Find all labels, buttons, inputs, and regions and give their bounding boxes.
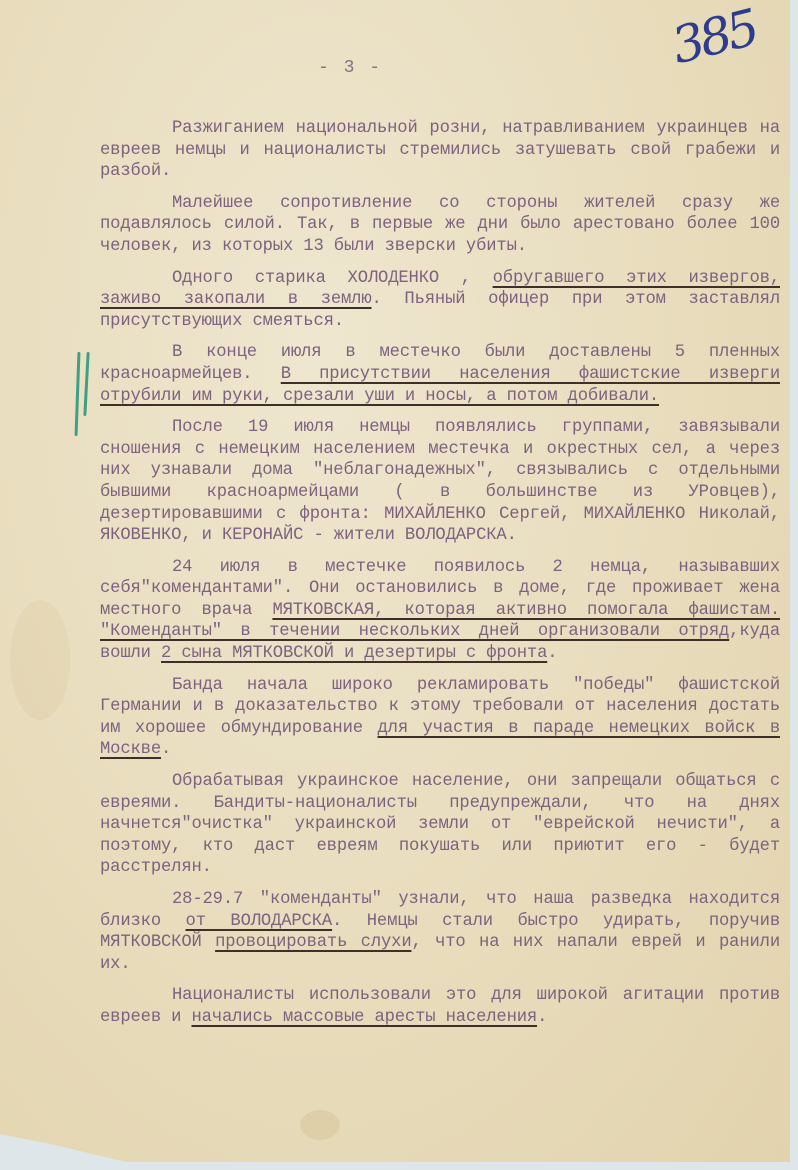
underlined-text: от ВОЛОДАРСКА (186, 912, 333, 931)
paragraph: Националисты использовали это для широко… (100, 985, 780, 1028)
text-segment: После 19 июля немцы появлялись группами,… (100, 418, 780, 545)
paragraph: В конце июля в местечко были доставлены … (100, 342, 780, 407)
margin-mark-icon (76, 352, 90, 436)
text-segment: . (161, 740, 171, 759)
paragraph: Банда начала широко рекламировать "побед… (100, 675, 780, 761)
text-segment: Одного старика ХОЛОДЕНКО , (172, 269, 493, 288)
document-page: 385 - 3 - Разжиганием национальной розни… (0, 0, 790, 1162)
document-body: Разжиганием национальной розни, натравли… (100, 118, 780, 1039)
text-segment: Малейшее сопротивление со стороны жителе… (100, 194, 780, 256)
text-segment: . (547, 644, 557, 663)
page-number: - 3 - (318, 58, 382, 78)
text-segment: . (537, 1008, 547, 1027)
underlined-text: начались массовые аресты населения (191, 1008, 537, 1027)
paragraph: После 19 июля немцы появлялись группами,… (100, 417, 780, 547)
paragraph: 28-29.7 "коменданты" узнали, что наша ра… (100, 889, 780, 975)
underlined-text: провоцировать слухи (215, 933, 411, 952)
text-segment: Разжиганием национальной розни, натравли… (100, 119, 780, 181)
paper-stain (300, 1110, 340, 1140)
paragraph: Одного старика ХОЛОДЕНКО , обругавшего э… (100, 268, 780, 333)
folio-number: 385 (666, 0, 761, 75)
paragraph: Обрабатывая украинское население, они за… (100, 771, 780, 879)
paper-stain (10, 600, 70, 720)
paragraph: Разжиганием национальной розни, натравли… (100, 118, 780, 183)
text-segment: Обрабатывая украинское население, они за… (100, 772, 780, 877)
paragraph: Малейшее сопротивление со стороны жителе… (100, 193, 780, 258)
underlined-text: 2 сына МЯТКОВСКОЙ и дезертиры с фронта (161, 644, 547, 663)
paragraph: 24 июля в местечке появилось 2 немца, на… (100, 557, 780, 665)
